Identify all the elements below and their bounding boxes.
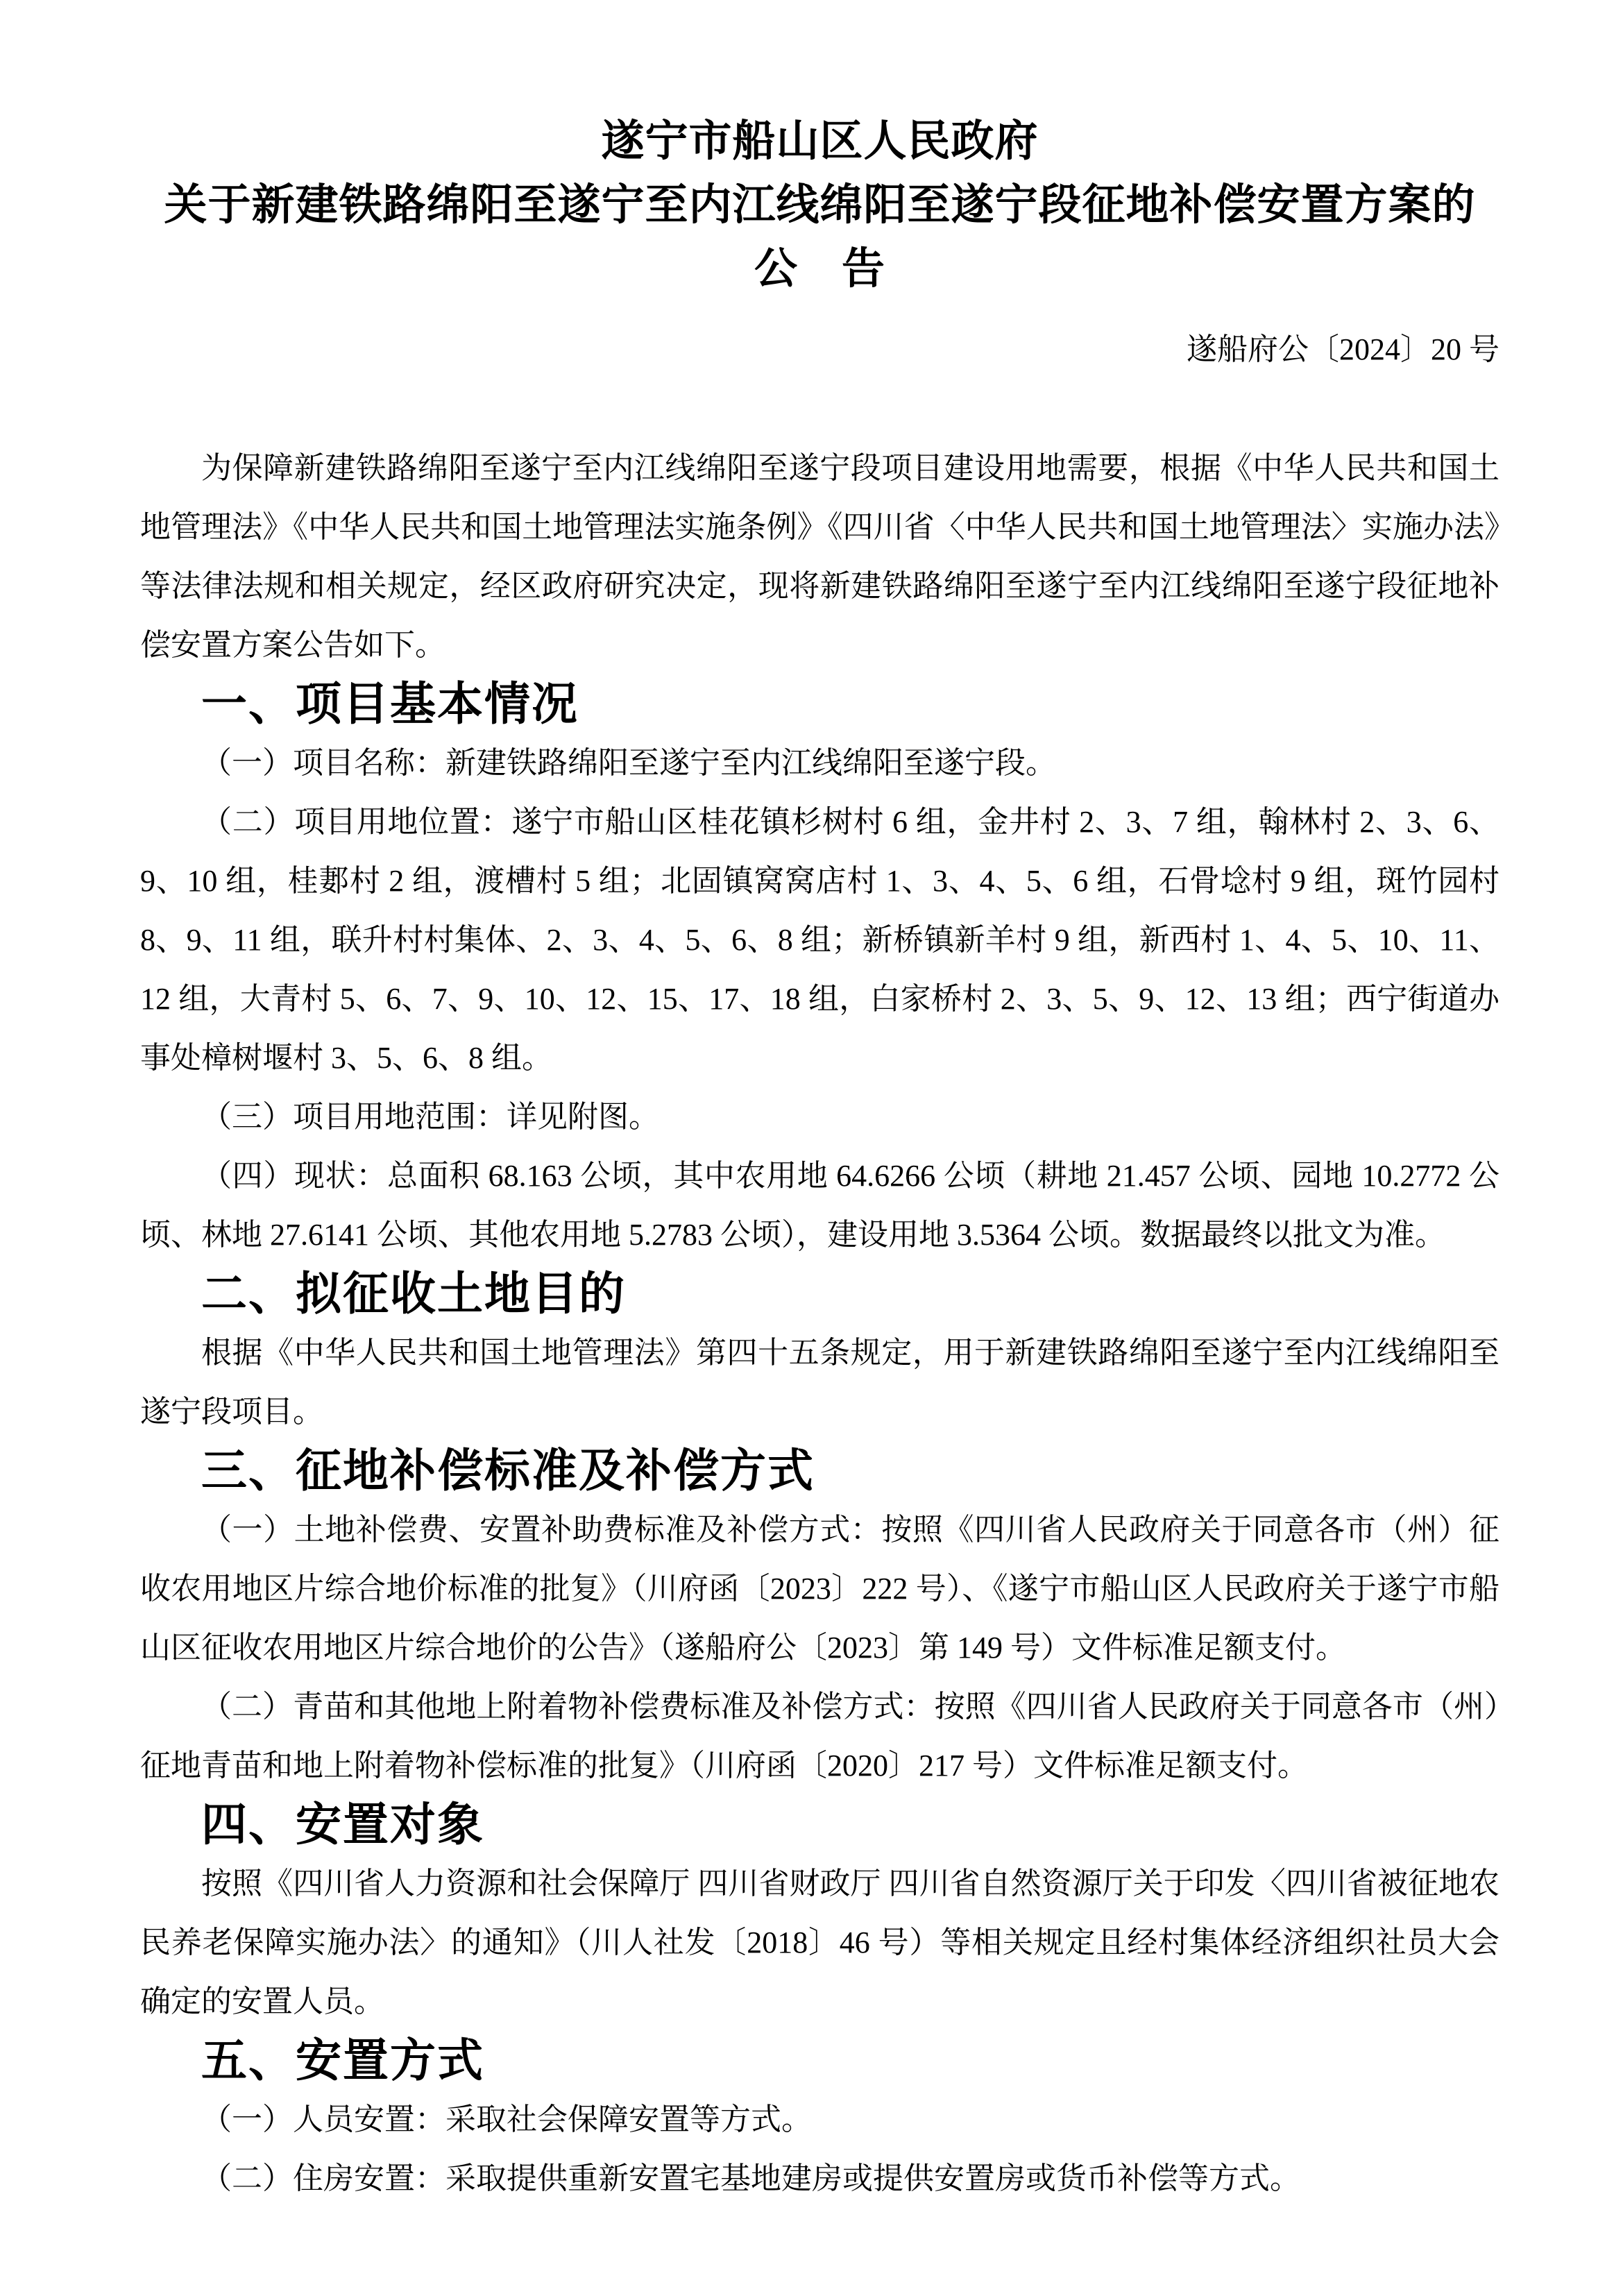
paragraph-current-status: （四）现状：总面积 68.163 公顷，其中农用地 64.6266 公顷（耕地 … — [140, 1146, 1499, 1264]
section-heading-compensation-standards: 三、征地补偿标准及补偿方式 — [140, 1441, 1499, 1500]
paragraph-expropriation-purpose: 根据《中华人民共和国土地管理法》第四十五条规定，用于新建铁路绵阳至遂宁至内江线绵… — [140, 1323, 1499, 1441]
paragraph-project-scope: （三）项目用地范围：详见附图。 — [140, 1087, 1499, 1146]
document-notice-word: 公 告 — [140, 237, 1499, 301]
paragraph-resettlement-targets: 按照《四川省人力资源和社会保障厅 四川省财政厅 四川省自然资源厅关于印发〈四川省… — [140, 1854, 1499, 2031]
paragraph-crops-compensation: （二）青苗和其他地上附着物补偿费标准及补偿方式：按照《四川省人民政府关于同意各市… — [140, 1677, 1499, 1795]
document-number: 遂船府公〔2024〕20 号 — [140, 333, 1499, 366]
document-body: 为保障新建铁路绵阳至遂宁至内江线绵阳至遂宁段项目建设用地需要，根据《中华人民共和… — [140, 439, 1499, 2208]
paragraph-personnel-resettlement: （一）人员安置：采取社会保障安置等方式。 — [140, 2090, 1499, 2149]
section-heading-expropriation-purpose: 二、拟征收土地目的 — [140, 1264, 1499, 1323]
document-header: 遂宁市船山区人民政府 关于新建铁路绵阳至遂宁至内江线绵阳至遂宁段征地补偿安置方案… — [140, 110, 1499, 301]
section-heading-resettlement-methods: 五、安置方式 — [140, 2031, 1499, 2090]
document-page: 遂宁市船山区人民政府 关于新建铁路绵阳至遂宁至内江线绵阳至遂宁段征地补偿安置方案… — [0, 0, 1623, 2296]
document-subject-title: 关于新建铁路绵阳至遂宁至内江线绵阳至遂宁段征地补偿安置方案的 — [140, 173, 1499, 237]
paragraph-project-location: （二）项目用地位置：遂宁市船山区桂花镇杉树村 6 组，金井村 2、3、7 组，翰… — [140, 792, 1499, 1087]
section-heading-resettlement-targets: 四、安置对象 — [140, 1795, 1499, 1854]
paragraph-land-compensation: （一）土地补偿费、安置补助费标准及补偿方式：按照《四川省人民政府关于同意各市（州… — [140, 1500, 1499, 1677]
intro-paragraph: 为保障新建铁路绵阳至遂宁至内江线绵阳至遂宁段项目建设用地需要，根据《中华人民共和… — [140, 439, 1499, 674]
document-issuer-title: 遂宁市船山区人民政府 — [140, 110, 1499, 173]
section-heading-project-overview: 一、项目基本情况 — [140, 674, 1499, 733]
paragraph-housing-resettlement: （二）住房安置：采取提供重新安置宅基地建房或提供安置房或货币补偿等方式。 — [140, 2149, 1499, 2208]
paragraph-project-name: （一）项目名称：新建铁路绵阳至遂宁至内江线绵阳至遂宁段。 — [140, 733, 1499, 792]
